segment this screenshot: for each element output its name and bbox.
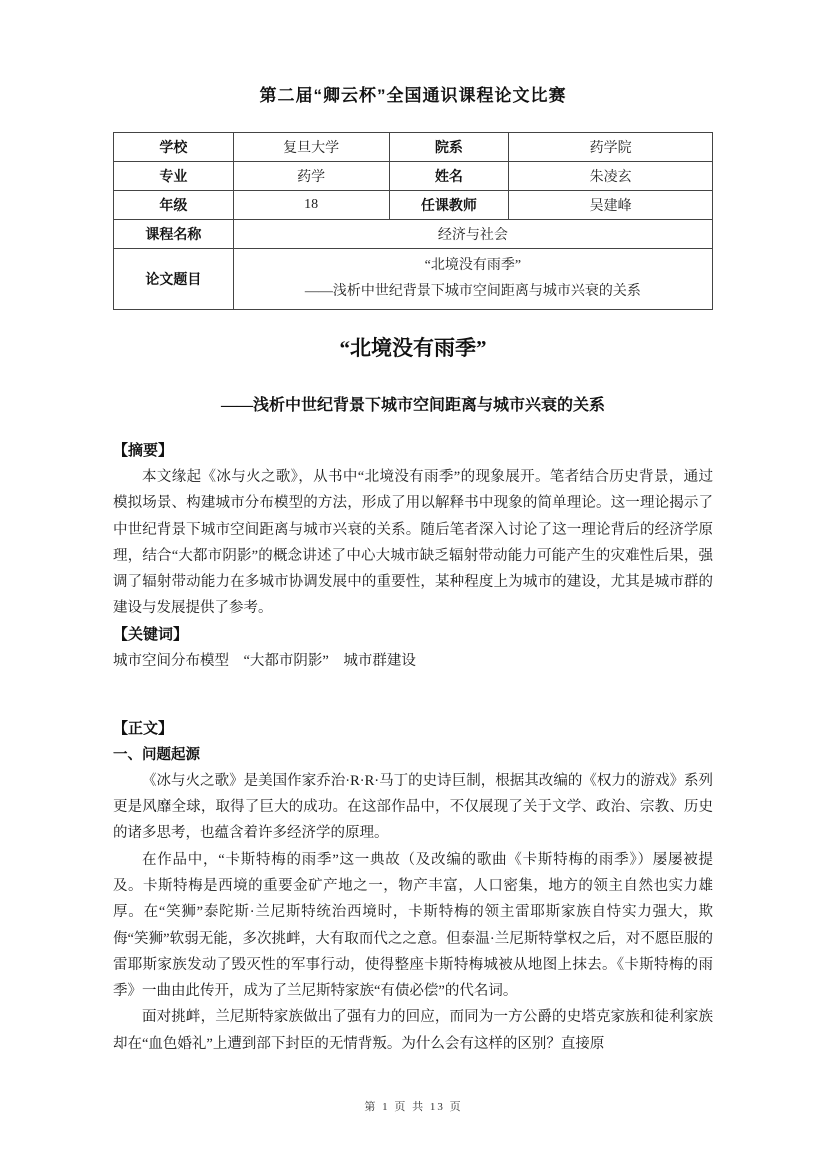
section-heading-1: 一、问题起源: [113, 742, 713, 768]
department-label: 院系: [389, 133, 509, 162]
course-value: 经济与社会: [233, 220, 712, 249]
teacher-value: 吴建峰: [509, 191, 713, 220]
table-row-course: 课程名称 经济与社会: [114, 220, 713, 249]
competition-title: 第二届“卿云杯”全国通识课程论文比赛: [113, 84, 713, 108]
article-subtitle: ——浅析中世纪背景下城市空间距离与城市兴衰的关系: [113, 392, 713, 415]
thesis-title-cell: “北境没有雨季” ——浅析中世纪背景下城市空间距离与城市兴衰的关系: [233, 249, 712, 310]
keywords-label: 【关键词】: [113, 622, 713, 648]
major-label: 专业: [114, 162, 234, 191]
name-value: 朱凌玄: [509, 162, 713, 191]
department-value: 药学院: [509, 133, 713, 162]
page-number-footer: 第 1 页 共 13 页: [0, 1098, 827, 1114]
grade-label: 年级: [114, 191, 234, 220]
article-title: “北境没有雨季”: [113, 332, 713, 362]
grade-value: 18: [233, 191, 389, 220]
document-page: 第二届“卿云杯”全国通识课程论文比赛 学校 复旦大学 院系 药学院 专业 药学 …: [0, 0, 827, 1170]
table-row-thesis: 论文题目 “北境没有雨季” ——浅析中世纪背景下城市空间距离与城市兴衰的关系: [114, 249, 713, 310]
body-label: 【正文】: [113, 716, 713, 742]
thesis-label: 论文题目: [114, 249, 234, 310]
school-label: 学校: [114, 133, 234, 162]
info-table: 学校 复旦大学 院系 药学院 专业 药学 姓名 朱凌玄 年级 18 任课教师 吴…: [113, 132, 713, 310]
name-label: 姓名: [389, 162, 509, 191]
body-paragraph-1: 《冰与火之歌》是美国作家乔治·R·R·马丁的史诗巨制，根据其改编的《权力的游戏》…: [113, 768, 713, 847]
body-paragraph-2: 在作品中，“卡斯特梅的雨季”这一典故（及改编的歌曲《卡斯特梅的雨季》）屡屡被提及…: [113, 847, 713, 1005]
table-row-major: 专业 药学 姓名 朱凌玄: [114, 162, 713, 191]
major-value: 药学: [233, 162, 389, 191]
abstract-text: 本文缘起《冰与火之歌》，从书中“北境没有雨季”的现象展开。笔者结合历史背景，通过…: [113, 464, 713, 622]
thesis-title-line2: ——浅析中世纪背景下城市空间距离与城市兴衰的关系: [234, 279, 712, 305]
course-label: 课程名称: [114, 220, 234, 249]
body-paragraph-3: 面对挑衅，兰尼斯特家族做出了强有力的回应，而同为一方公爵的史塔克家族和徒利家族却…: [113, 1004, 713, 1057]
table-row-grade: 年级 18 任课教师 吴建峰: [114, 191, 713, 220]
table-row-school: 学校 复旦大学 院系 药学院: [114, 133, 713, 162]
school-value: 复旦大学: [233, 133, 389, 162]
abstract-label: 【摘要】: [113, 438, 713, 464]
keywords-text: 城市空间分布模型 “大都市阴影” 城市群建设: [113, 648, 713, 674]
teacher-label: 任课教师: [389, 191, 509, 220]
thesis-title-line1: “北境没有雨季”: [234, 253, 712, 279]
